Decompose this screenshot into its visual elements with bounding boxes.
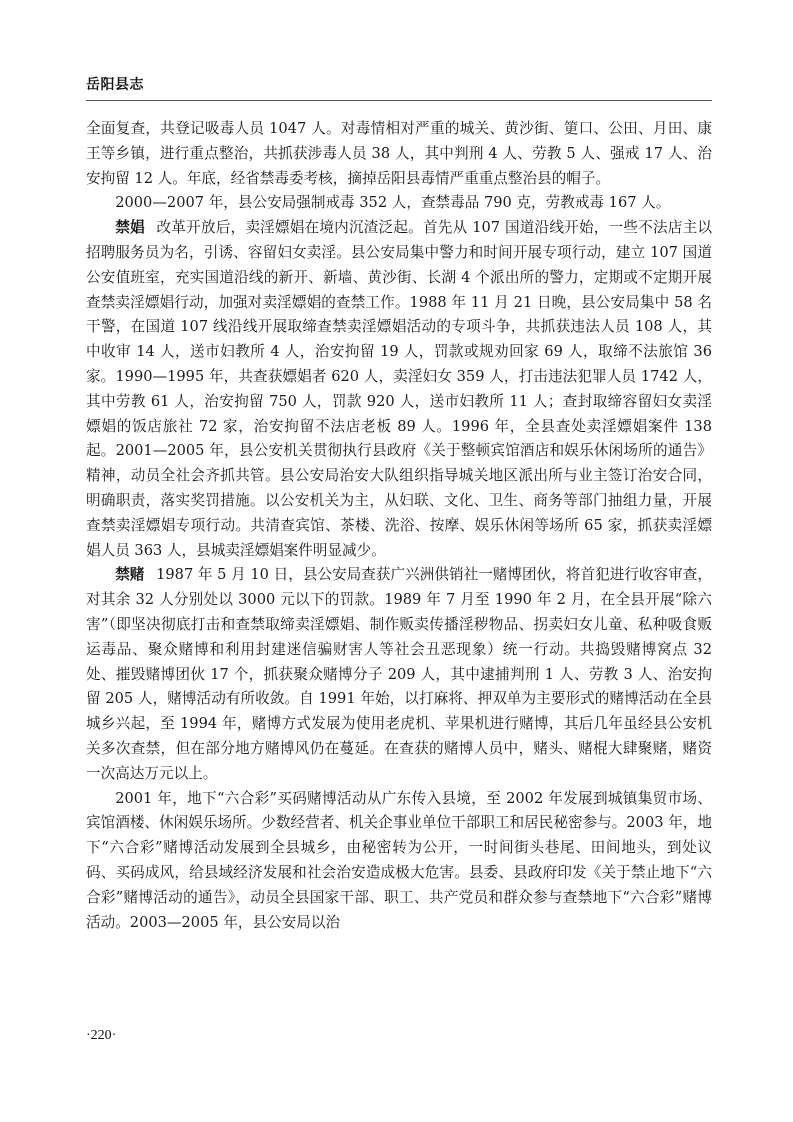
section-term-gambling: 禁赌 — [115, 566, 144, 583]
paragraph-text: 2001 年，地下“六合彩”买码赌博活动从广东传入县境，至 2002 年发展到城… — [86, 790, 712, 931]
paragraph-text: 1987 年 5 月 10 日，县公安局查获广兴洲供销社一赌博团伙，将首犯进行收… — [86, 566, 712, 781]
paragraph-text: 2000—2007 年，县公安局强制戒毒 352 人，查禁毒品 790 克，劳教… — [115, 194, 670, 211]
page-number: ·220· — [86, 1028, 116, 1044]
section-term-prostitution: 禁娼 — [115, 219, 145, 236]
paragraph-lottery: 2001 年，地下“六合彩”买码赌博活动从广东传入县境，至 2002 年发展到城… — [86, 787, 712, 936]
paragraph-prostitution: 禁娼改革开放后，卖淫嫖娼在境内沉渣泛起。首先从 107 国道沿线开始，一些不法店… — [86, 216, 712, 563]
body-text: 全面复查，共登记吸毒人员 1047 人。对毒情相对严重的城关、黄沙街、筻口、公田… — [86, 117, 712, 935]
header-rule — [86, 100, 712, 101]
paragraph-drug-continued: 全面复查，共登记吸毒人员 1047 人。对毒情相对严重的城关、黄沙街、筻口、公田… — [86, 117, 712, 191]
paragraph-drug-2000-2007: 2000—2007 年，县公安局强制戒毒 352 人，查禁毒品 790 克，劳教… — [86, 191, 712, 216]
paragraph-text: 全面复查，共登记吸毒人员 1047 人。对毒情相对严重的城关、黄沙街、筻口、公田… — [86, 120, 712, 187]
paragraph-gambling: 禁赌1987 年 5 月 10 日，县公安局查获广兴洲供销社一赌博团伙，将首犯进… — [86, 563, 712, 786]
running-head-title: 岳阳县志 — [86, 74, 144, 94]
paragraph-text: 改革开放后，卖淫嫖娼在境内沉渣泛起。首先从 107 国道沿线开始，一些不法店主以… — [86, 219, 712, 558]
